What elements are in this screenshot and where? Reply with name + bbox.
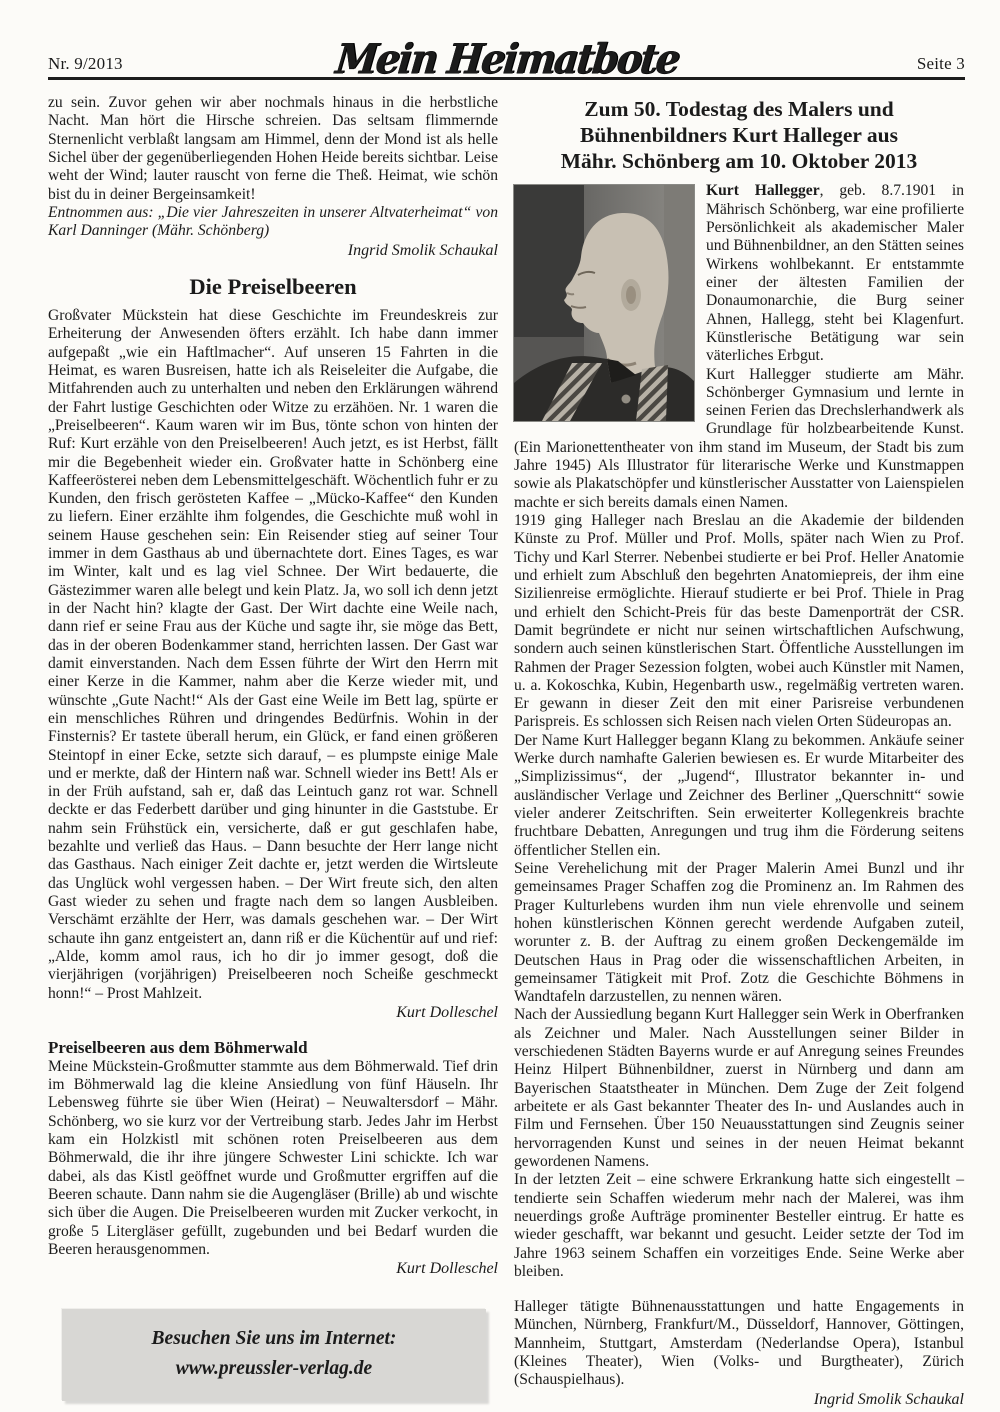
article-paragraph: Nach der Aussiedlung begann Kurt Hallegg… xyxy=(514,1006,964,1171)
story2-body: Meine Mückstein-Großmutter stammte aus d… xyxy=(48,1058,498,1259)
article-title-line2: Bühnenbildners Kurt Halleger aus xyxy=(514,123,964,149)
promo-url: www.preussler-verlag.de xyxy=(70,1354,478,1384)
two-column-layout: zu sein. Zuvor gehen wir aber nochmals h… xyxy=(48,94,965,1410)
story2-title: Preiselbeeren aus dem Böhmerwald xyxy=(48,1038,498,1058)
story-body: Großvater Mückstein hat diese Geschichte… xyxy=(48,307,498,1003)
intro-signature: Ingrid Smolik Schaukal xyxy=(48,242,498,261)
intro-paragraph: zu sein. Zuvor gehen wir aber nochmals h… xyxy=(48,94,498,204)
article-paragraph: In der letzten Zeit – eine schwere Erkra… xyxy=(514,1171,964,1281)
left-column: zu sein. Zuvor gehen wir aber nochmals h… xyxy=(48,94,498,1410)
story-signature: Kurt Dolleschel xyxy=(48,1004,498,1023)
promo-text: Besuchen Sie uns im Internet: xyxy=(70,1324,478,1354)
portrait-photo-graphic xyxy=(514,185,694,421)
source-note: Entnommen aus: „Die vier Jahreszeiten in… xyxy=(48,204,498,241)
lead-rest: , geb. 8.7.1901 in Mährisch Schönberg, w… xyxy=(706,182,964,364)
article-paragraph: 1919 ging Halleger nach Breslau an die A… xyxy=(514,512,964,732)
article-title-line3: Mähr. Schönberg am 10. Oktober 2013 xyxy=(514,149,964,175)
newspaper-page: Nr. 9/2013 Mein Heimatbote Seite 3 zu se… xyxy=(0,0,1000,1410)
masthead-title: Mein Heimatbote xyxy=(333,34,680,83)
kurt-hallegger-portrait-photo xyxy=(514,185,694,421)
page-number: Seite 3 xyxy=(917,54,965,74)
article-body: Kurt Hallegger, geb. 8.7.1901 in Mährisc… xyxy=(514,182,964,1409)
story-title: Die Preiselbeeren xyxy=(48,275,498,300)
issue-label: Nr. 9/2013 xyxy=(48,54,123,74)
article-paragraph: Seine Verehelichung mit der Prager Maler… xyxy=(514,860,964,1007)
article-title: Zum 50. Todestag des Malers und Bühnenbi… xyxy=(514,97,964,174)
story2-signature: Kurt Dolleschel xyxy=(48,1260,498,1279)
article-signature: Ingrid Smolik Schaukal xyxy=(514,1391,964,1410)
article-title-line1: Zum 50. Todestag des Malers und xyxy=(514,97,964,123)
right-column: Zum 50. Todestag des Malers und Bühnenbi… xyxy=(514,94,964,1410)
final-paragraph: Halleger tätigte Bühnenausstattungen und… xyxy=(514,1298,964,1390)
lead-name: Kurt Hallegger xyxy=(706,182,820,199)
page-header: Nr. 9/2013 Mein Heimatbote Seite 3 xyxy=(48,30,965,80)
promo-box: Besuchen Sie uns im Internet: www.preuss… xyxy=(62,1309,486,1401)
article-paragraph: Der Name Kurt Hallegger begann Klang zu … xyxy=(514,732,964,860)
